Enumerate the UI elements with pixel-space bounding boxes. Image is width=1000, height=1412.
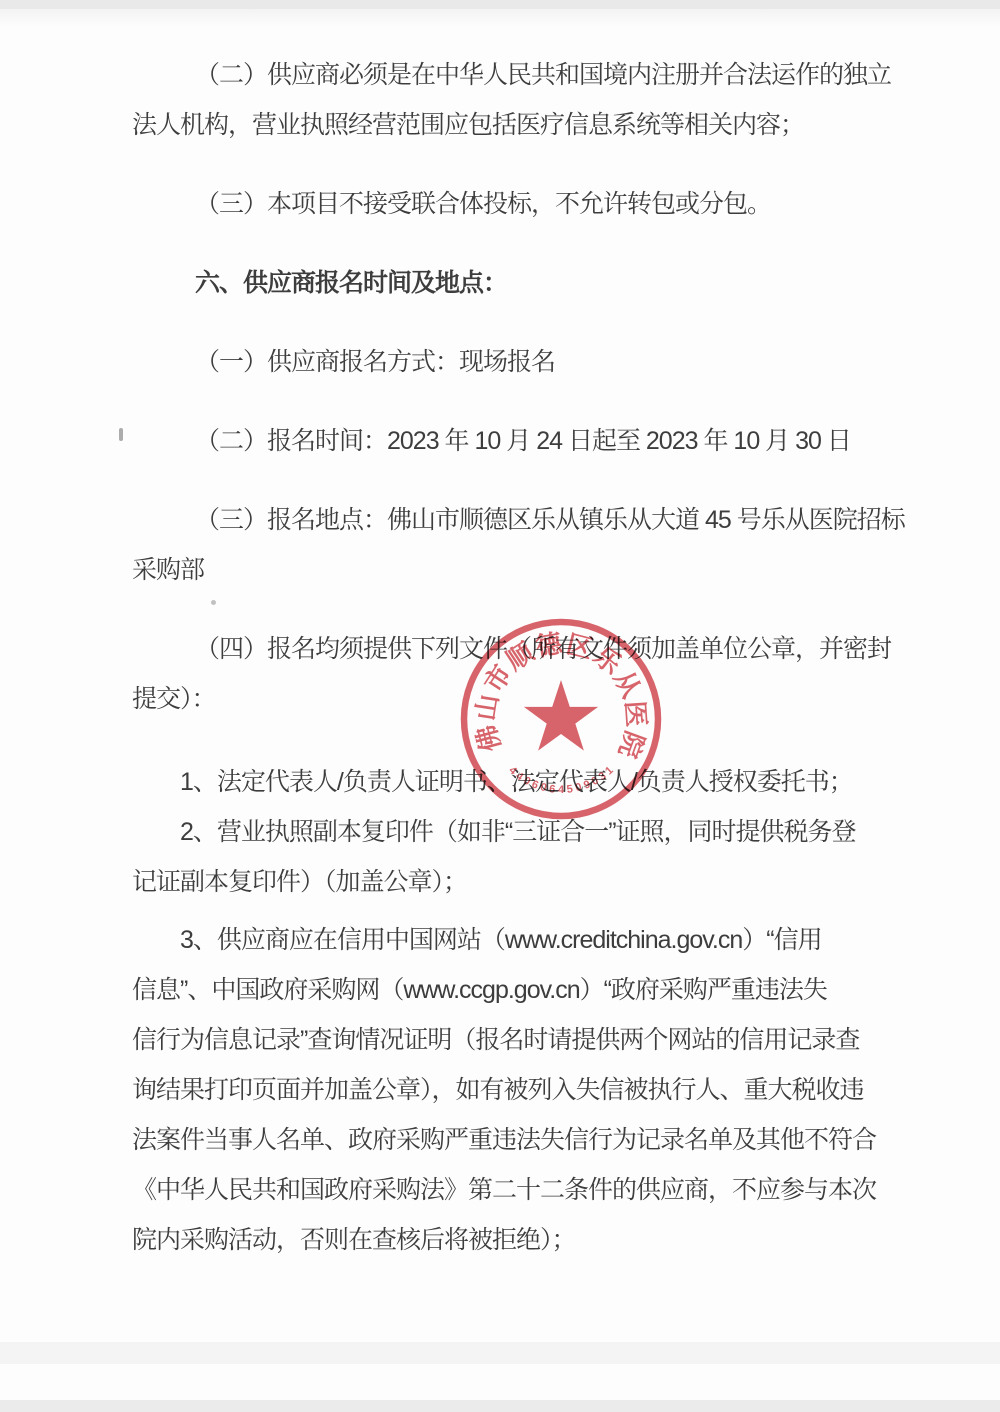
item-3-registration-location-line-2: 采购部 <box>132 545 880 595</box>
clause-2-supplier-eligibility-line-1: （二）供应商必须是在中华人民共和国境内注册并合法运作的独立 <box>132 50 880 100</box>
doc-3-credit-record-line-1: 3、供应商应在信用中国网站（www.creditchina.gov.cn）“信用 <box>132 915 880 965</box>
seal-serial-digit: 6 <box>530 778 540 791</box>
scan-edge-bottom <box>0 1400 1000 1412</box>
item-1-registration-method-line-1: （一）供应商报名方式：现场报名 <box>132 337 880 387</box>
scan-edge-top <box>0 0 1000 9</box>
doc-3-credit-record-line-2: 信息”、中国政府采购网（www.ccgp.gov.cn）“政府采购严重违法失 <box>132 965 880 1015</box>
clause-2-supplier-eligibility-line-2: 法人机构，营业执照经营范围应包括医疗信息系统等相关内容； <box>132 100 880 150</box>
clause-3-no-consortium: （三）本项目不接受联合体投标，不允许转包或分包。 <box>132 179 880 229</box>
scan-band-bottom <box>0 1342 1000 1364</box>
item-2-registration-time: （二）报名时间：2023 年 10 月 24 日起至 2023 年 10 月 3… <box>132 416 880 466</box>
seal-char: 院 <box>613 727 650 762</box>
item-1-registration-method: （一）供应商报名方式：现场报名 <box>132 337 880 387</box>
seal-char: 佛 <box>471 722 507 755</box>
doc-3-credit-record-line-4: 询结果打印页面并加盖公章），如有被列入失信被执行人、重大税收违 <box>132 1065 880 1115</box>
doc-3-credit-record-line-5: 法案件当事人名单、政府采购严重违法失信行为记录名单及其他不符合 <box>132 1115 880 1165</box>
section-6-heading-line-1: 六、供应商报名时间及地点： <box>132 258 880 308</box>
official-seal-icon: 佛山市顺德区乐从医院 4406064509031 <box>451 609 671 829</box>
document-page: （二）供应商必须是在中华人民共和国境内注册并合法运作的独立法人机构，营业执照经营… <box>0 0 1000 1412</box>
seal-serial-text: 4406064509031 <box>506 764 615 796</box>
seal-serial-digit: 0 <box>574 781 583 794</box>
doc-3-credit-record: 3、供应商应在信用中国网站（www.creditchina.gov.cn）“信用… <box>132 915 880 1265</box>
scan-edge-top-fade <box>0 9 1000 27</box>
seal-serial-digit: 4 <box>558 784 565 796</box>
seal-star-icon <box>524 680 598 751</box>
doc-2-business-license-line-2: 记证副本复印件）（加盖公章）； <box>132 857 880 907</box>
item-3-registration-location-line-1: （三）报名地点：佛山市顺德区乐从镇乐从大道 45 号乐从医院招标 <box>132 495 880 545</box>
seal-char: 德 <box>533 628 565 662</box>
seal-serial-digit: 6 <box>548 783 556 796</box>
doc-3-credit-record-line-3: 信行为信息记录”查询情况证明（报名时请提供两个网站的信用记录查 <box>132 1015 880 1065</box>
seal-char: 医 <box>620 700 652 728</box>
scan-artifact-dash <box>119 428 123 441</box>
item-2-registration-time-line-1: （二）报名时间：2023 年 10 月 24 日起至 2023 年 10 月 3… <box>132 416 880 466</box>
seal-char: 山 <box>470 692 504 722</box>
seal-serial-digit: 5 <box>566 783 574 796</box>
clause-3-no-consortium-line-1: （三）本项目不接受联合体投标，不允许转包或分包。 <box>132 179 880 229</box>
doc-3-credit-record-line-6: 《中华人民共和国政府采购法》第二十二条件的供应商，不应参与本次 <box>132 1165 880 1215</box>
item-3-registration-location: （三）报名地点：佛山市顺德区乐从镇乐从大道 45 号乐从医院招标采购部 <box>132 495 880 595</box>
seal-serial-digit: 0 <box>539 781 548 794</box>
section-6-heading: 六、供应商报名时间及地点： <box>132 258 880 308</box>
doc-3-credit-record-line-7: 院内采购活动，否则在查核后将被拒绝）； <box>132 1215 880 1265</box>
clause-2-supplier-eligibility: （二）供应商必须是在中华人民共和国境内注册并合法运作的独立法人机构，营业执照经营… <box>132 50 880 150</box>
